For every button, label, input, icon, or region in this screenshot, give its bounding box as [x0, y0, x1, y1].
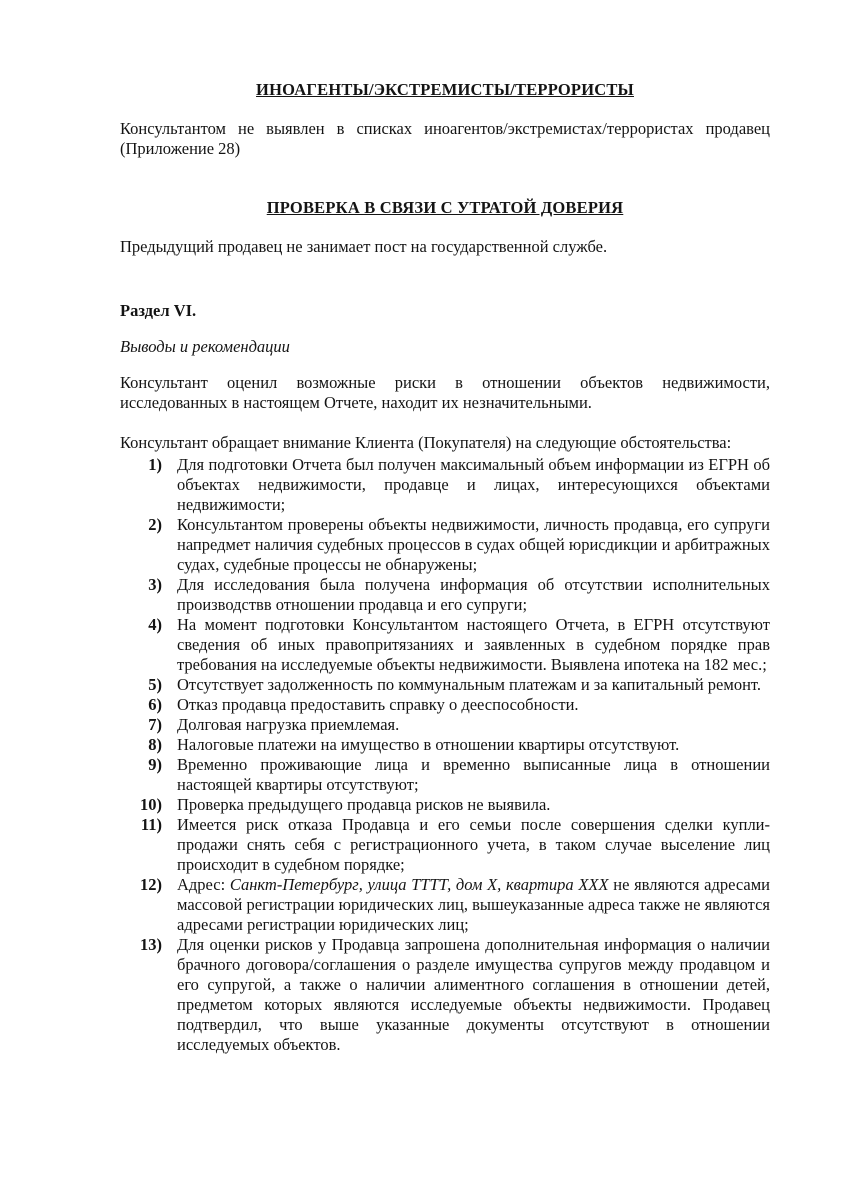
list-item-number: 6)	[120, 695, 177, 715]
list-item-9: 9) Временно проживающие лица и временно …	[120, 755, 770, 795]
list-item-3: 3) Для исследования была получена информ…	[120, 575, 770, 615]
list-item-number: 5)	[120, 675, 177, 695]
heading-inoagents: ИНОАГЕНТЫ/ЭКСТРЕМИСТЫ/ТЕРРОРИСТЫ	[120, 80, 770, 100]
list-item-text: Временно проживающие лица и временно вып…	[177, 755, 770, 795]
list-item-text: Отсутствует задолженность по коммунальны…	[177, 675, 770, 695]
list-item-number: 11)	[120, 815, 177, 835]
list-item-number: 10)	[120, 795, 177, 815]
list-item-text: Для исследования была получена информаци…	[177, 575, 770, 615]
list-item-number: 1)	[120, 455, 177, 475]
para-inoagents: Консультантом не выявлен в списках иноаг…	[120, 119, 770, 159]
heading-trust-check: ПРОВЕРКА В СВЯЗИ С УТРАТОЙ ДОВЕРИЯ	[120, 198, 770, 218]
address-prefix: Адрес:	[177, 875, 230, 894]
list-item-text: Отказ продавца предоставить справку о де…	[177, 695, 770, 715]
list-item-6: 6) Отказ продавца предоставить справку о…	[120, 695, 770, 715]
list-item-text: Для подготовки Отчета был получен максим…	[177, 455, 770, 515]
address-italic: Санкт-Петербург, улица ТТТТ, дом Х, квар…	[230, 875, 609, 894]
list-item-number: 7)	[120, 715, 177, 735]
list-item-10: 10) Проверка предыдущего продавца рисков…	[120, 795, 770, 815]
document-page: ИНОАГЕНТЫ/ЭКСТРЕМИСТЫ/ТЕРРОРИСТЫ Консуль…	[0, 0, 848, 1200]
para-risk-assessment: Консультант оценил возможные риски в отн…	[120, 373, 770, 413]
list-item-1: 1) Для подготовки Отчета был получен мак…	[120, 455, 770, 515]
list-item-number: 3)	[120, 575, 177, 595]
list-item-text: Проверка предыдущего продавца рисков не …	[177, 795, 770, 815]
list-item-text: Адрес: Санкт-Петербург, улица ТТТТ, дом …	[177, 875, 770, 935]
para-trust-check: Предыдущий продавец не занимает пост на …	[120, 237, 770, 257]
list-item-number: 9)	[120, 755, 177, 775]
list-item-number: 8)	[120, 735, 177, 755]
list-item-text: Консультантом проверены объекты недвижим…	[177, 515, 770, 575]
list-item-number: 4)	[120, 615, 177, 635]
list-item-number: 2)	[120, 515, 177, 535]
list-item-13: 13) Для оценки рисков у Продавца запроше…	[120, 935, 770, 1055]
list-item-5: 5) Отсутствует задолженность по коммунал…	[120, 675, 770, 695]
section-title: Раздел VI.	[120, 301, 770, 321]
list-item-text: Имеется риск отказа Продавца и его семьи…	[177, 815, 770, 875]
list-item-text: Для оценки рисков у Продавца запрошена д…	[177, 935, 770, 1055]
list-item-7: 7) Долговая нагрузка приемлемая.	[120, 715, 770, 735]
list-item-number: 13)	[120, 935, 177, 955]
conclusions-list: 1) Для подготовки Отчета был получен мак…	[120, 455, 770, 1055]
list-item-text: Долговая нагрузка приемлемая.	[177, 715, 770, 735]
list-item-4: 4) На момент подготовки Консультантом на…	[120, 615, 770, 675]
list-item-number: 12)	[120, 875, 177, 895]
para-attention-intro: Консультант обращает внимание Клиента (П…	[120, 433, 770, 453]
list-item-2: 2) Консультантом проверены объекты недви…	[120, 515, 770, 575]
list-item-12: 12) Адрес: Санкт-Петербург, улица ТТТТ, …	[120, 875, 770, 935]
list-item-text: Налоговые платежи на имущество в отношен…	[177, 735, 770, 755]
section-subtitle: Выводы и рекомендации	[120, 337, 770, 357]
list-item-11: 11) Имеется риск отказа Продавца и его с…	[120, 815, 770, 875]
list-item-8: 8) Налоговые платежи на имущество в отно…	[120, 735, 770, 755]
list-item-text: На момент подготовки Консультантом насто…	[177, 615, 770, 675]
